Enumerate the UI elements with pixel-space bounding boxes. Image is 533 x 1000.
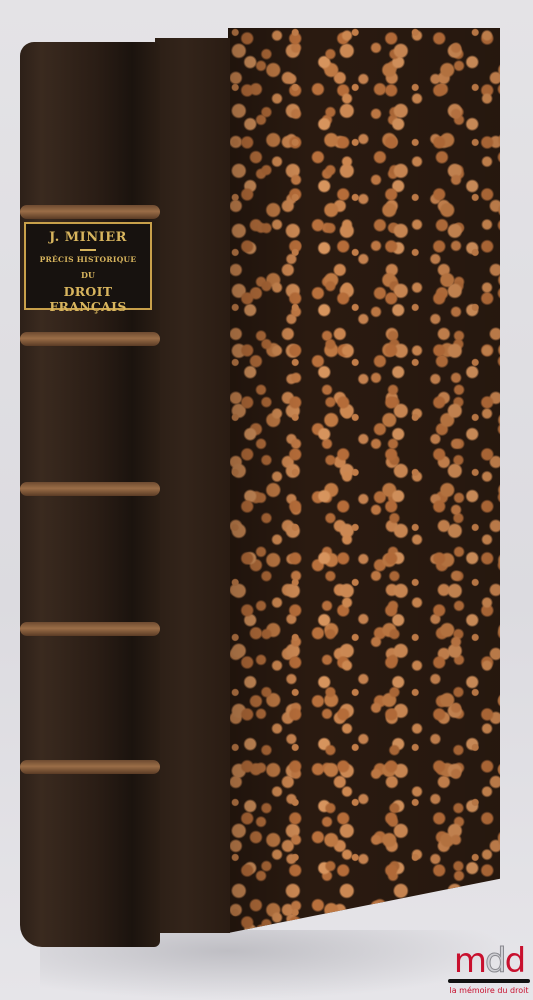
title-line-1: PRÉCIS HISTORIQUE xyxy=(26,255,150,264)
title-line-3: DROIT FRANÇAIS xyxy=(26,284,150,314)
spine-raised-band xyxy=(20,482,160,496)
spine-raised-band xyxy=(20,760,160,774)
product-photo: J. MINIER PRÉCIS HISTORIQUE DU DROIT FRA… xyxy=(0,0,533,1000)
logo-mark: mdd xyxy=(448,945,530,977)
label-divider xyxy=(80,249,96,251)
logo-tagline: la mémoire du droit xyxy=(448,986,530,995)
spine-raised-band xyxy=(20,205,160,219)
leather-joint-strip xyxy=(155,38,230,933)
marbled-front-board xyxy=(228,28,500,933)
spine-title-label: J. MINIER PRÉCIS HISTORIQUE DU DROIT FRA… xyxy=(24,222,152,310)
title-line-2: DU xyxy=(26,270,150,280)
spine-raised-band xyxy=(20,332,160,346)
mdd-watermark-logo: mdd la mémoire du droit xyxy=(448,945,530,995)
spine-raised-band xyxy=(20,622,160,636)
author-name: J. MINIER xyxy=(26,230,150,245)
